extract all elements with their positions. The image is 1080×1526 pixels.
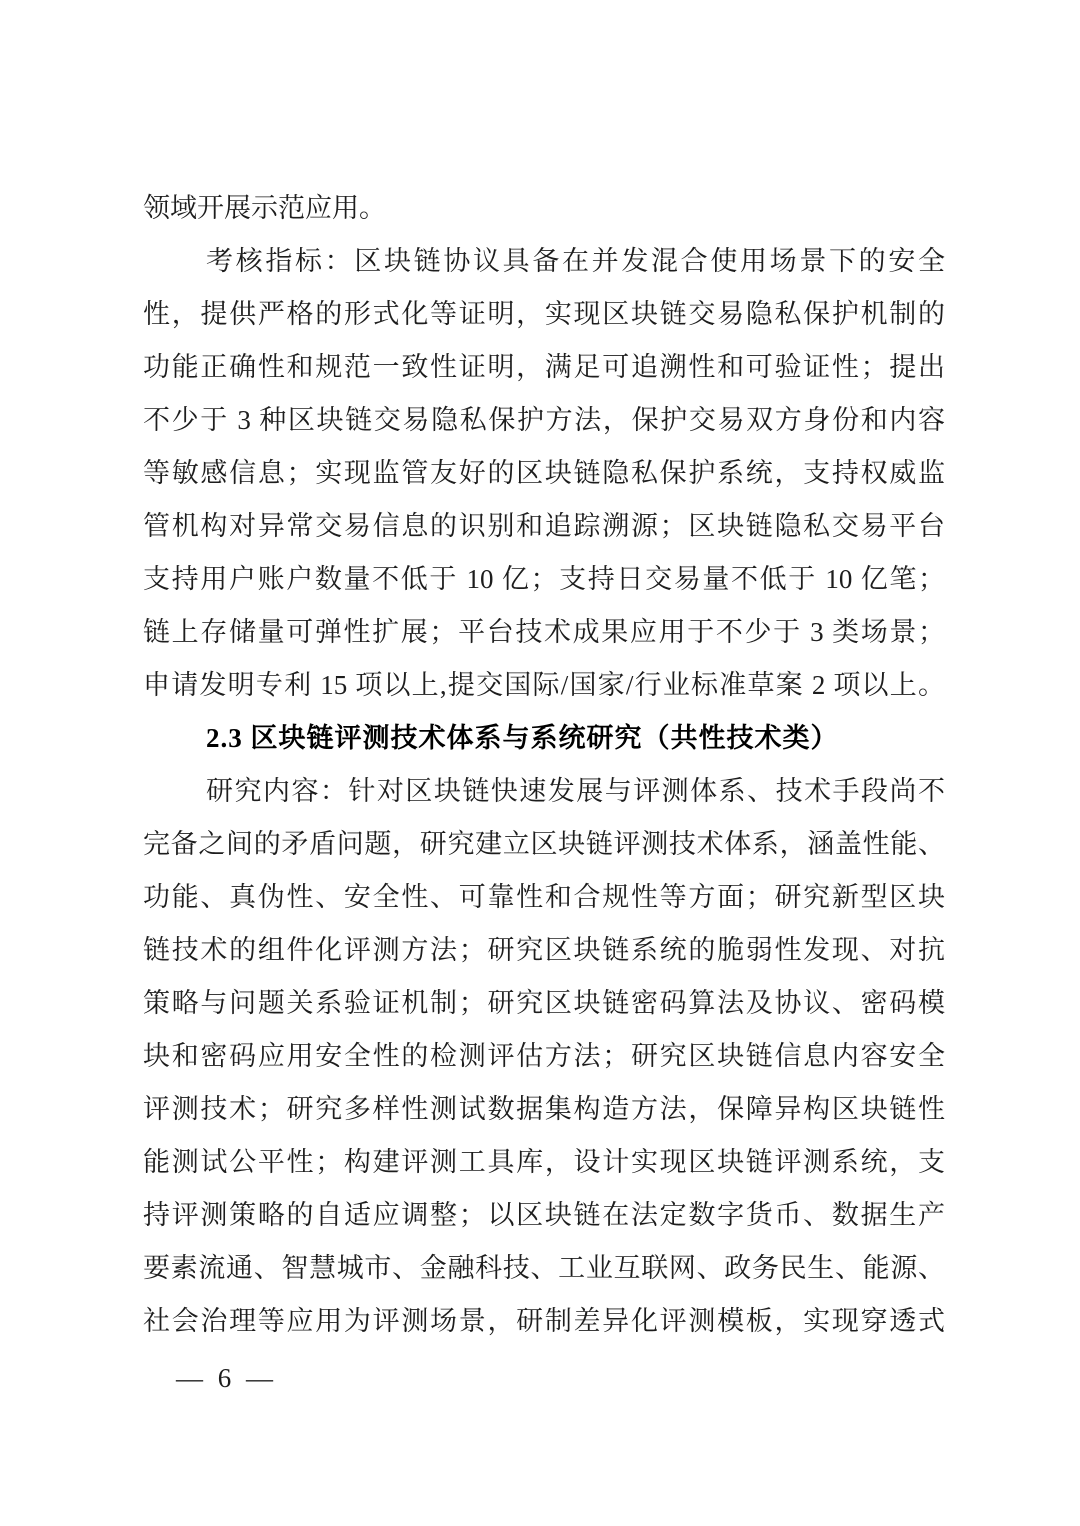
paragraph-line: 能测试公平性；构建评测工具库，设计实现区块链评测系统，支 bbox=[143, 1136, 945, 1189]
paragraph-line: 领域开展示范应用。 bbox=[143, 182, 945, 235]
paragraph-line: 研究内容：针对区块链快速发展与评测体系、技术手段尚不 bbox=[143, 765, 945, 818]
paragraph-line: 性，提供严格的形式化等证明，实现区块链交易隐私保护机制的 bbox=[143, 288, 945, 341]
paragraph-line: 评测技术；研究多样性测试数据集构造方法，保障异构区块链性 bbox=[143, 1083, 945, 1136]
paragraph-line: 不少于 3 种区块链交易隐私保护方法，保护交易双方身份和内容 bbox=[143, 394, 945, 447]
paragraph-line: 等敏感信息；实现监管友好的区块链隐私保护系统，支持权威监 bbox=[143, 447, 945, 500]
text-block: 领域开展示范应用。 考核指标：区块链协议具备在并发混合使用场景下的安全 性，提供… bbox=[143, 182, 945, 1348]
paragraph-line: 社会治理等应用为评测场景，研制差异化评测模板，实现穿透式 bbox=[143, 1295, 945, 1348]
document-page: 领域开展示范应用。 考核指标：区块链协议具备在并发混合使用场景下的安全 性，提供… bbox=[0, 0, 1080, 1526]
paragraph-line: 支持用户账户数量不低于 10 亿；支持日交易量不低于 10 亿笔； bbox=[143, 553, 945, 606]
paragraph-line: 管机构对异常交易信息的识别和追踪溯源；区块链隐私交易平台 bbox=[143, 500, 945, 553]
paragraph-line: 链技术的组件化评测方法；研究区块链系统的脆弱性发现、对抗 bbox=[143, 924, 945, 977]
paragraph-line: 功能、真伪性、安全性、可靠性和合规性等方面；研究新型区块 bbox=[143, 871, 945, 924]
paragraph-line: 申请发明专利 15 项以上,提交国际/国家/行业标准草案 2 项以上。 bbox=[143, 659, 945, 712]
paragraph-line: 要素流通、智慧城市、金融科技、工业互联网、政务民生、能源、 bbox=[143, 1242, 945, 1295]
paragraph-line: 块和密码应用安全性的检测评估方法；研究区块链信息内容安全 bbox=[143, 1030, 945, 1083]
paragraph-line: 策略与问题关系验证机制；研究区块链密码算法及协议、密码模 bbox=[143, 977, 945, 1030]
paragraph-line: 功能正确性和规范一致性证明，满足可追溯性和可验证性；提出 bbox=[143, 341, 945, 394]
paragraph-line: 考核指标：区块链协议具备在并发混合使用场景下的安全 bbox=[143, 235, 945, 288]
page-number: — 6 — bbox=[176, 1362, 277, 1394]
paragraph-line: 持评测策略的自适应调整；以区块链在法定数字货币、数据生产 bbox=[143, 1189, 945, 1242]
section-heading-2-3: 2.3 区块链评测技术体系与系统研究（共性技术类） bbox=[143, 712, 945, 765]
paragraph-line: 完备之间的矛盾问题，研究建立区块链评测技术体系，涵盖性能、 bbox=[143, 818, 945, 871]
paragraph-line: 链上存储量可弹性扩展；平台技术成果应用于不少于 3 类场景； bbox=[143, 606, 945, 659]
